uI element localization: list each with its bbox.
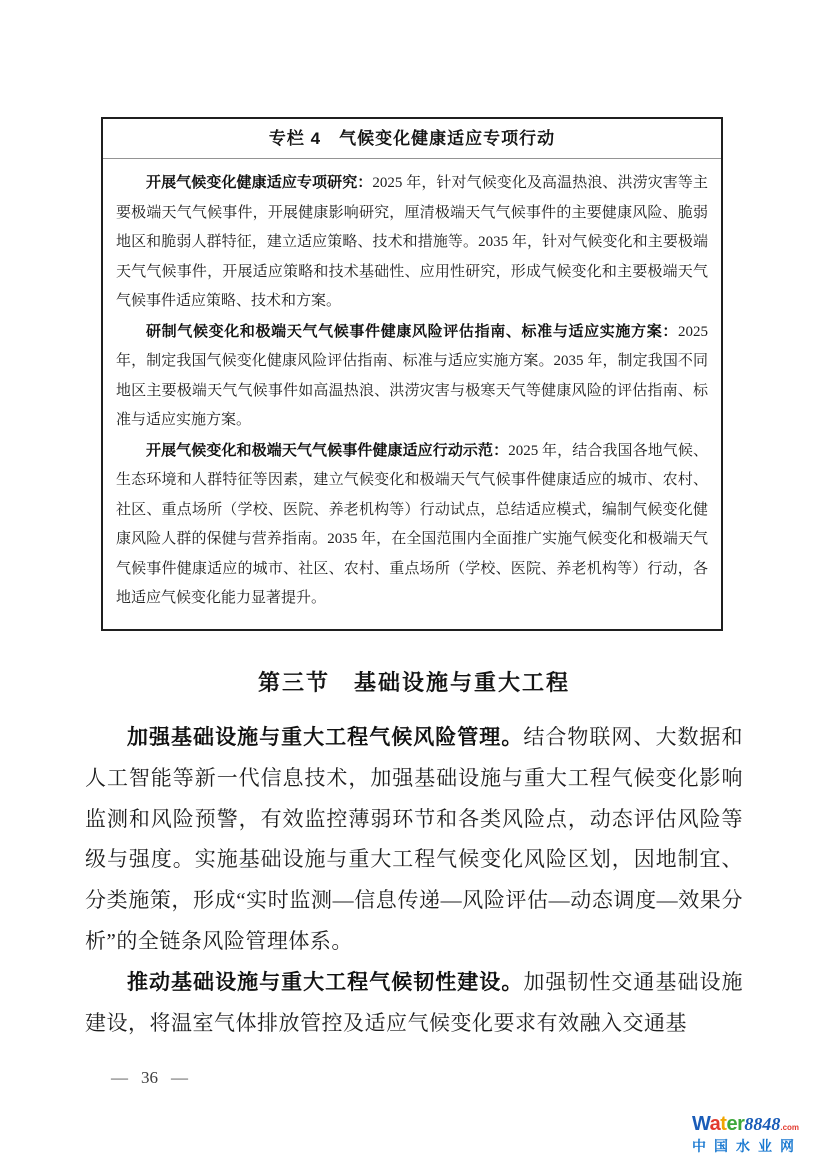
lead-emphasis: 开展气候变化健康适应专项研究：	[146, 174, 372, 191]
lead-emphasis: 研制气候变化和极端天气气候事件健康风险评估指南、标准与适应实施方案：	[146, 323, 678, 340]
logo-domain: .com	[780, 1123, 799, 1132]
main-section: 第三节 基础设施与重大工程 加强基础设施与重大工程气候风险管理。结合物联网、大数…	[85, 666, 743, 1043]
body-paragraph: 推动基础设施与重大工程气候韧性建设。加强韧性交通基础设施建设，将温室气体排放管控…	[85, 962, 743, 1044]
page-number-dash: —	[111, 1068, 128, 1088]
logo-letter: W	[692, 1113, 710, 1135]
paragraph-text: 2025 年，结合我国各地气候、生态环境和人群特征等因素，建立气候变化和极端天气…	[116, 443, 708, 607]
callout-box: 专栏 4 气候变化健康适应专项行动 开展气候变化健康适应专项研究：2025 年，…	[101, 117, 723, 631]
logo-subtitle: 中国水业网	[692, 1139, 818, 1153]
paragraph-text: 2025 年，针对气候变化及高温热浪、洪涝灾害等主要极端天气气候事件，开展健康影…	[116, 175, 708, 309]
logo-wordmark: Water8848.com	[692, 1114, 818, 1134]
lead-emphasis: 推动基础设施与重大工程气候韧性建设。	[127, 970, 523, 994]
page-footer: — 36 —	[111, 1068, 188, 1088]
page-number-dash: —	[171, 1068, 188, 1088]
callout-paragraph: 研制气候变化和极端天气气候事件健康风险评估指南、标准与适应实施方案：2025 年…	[116, 317, 708, 436]
lead-emphasis: 开展气候变化和极端天气气候事件健康适应行动示范：	[146, 442, 508, 459]
paragraph-text: 结合物联网、大数据和人工智能等新一代信息技术，加强基础设施与重大工程气候变化影响…	[85, 725, 743, 953]
callout-paragraph: 开展气候变化健康适应专项研究：2025 年，针对气候变化及高温热浪、洪涝灾害等主…	[116, 168, 708, 317]
lead-emphasis: 加强基础设施与重大工程气候风险管理。	[127, 725, 523, 749]
page-number: 36	[141, 1068, 158, 1088]
logo-letter: e	[726, 1113, 737, 1135]
watermark-logo: Water8848.com 中国水业网	[692, 1114, 818, 1153]
body-paragraph: 加强基础设施与重大工程气候风险管理。结合物联网、大数据和人工智能等新一代信息技术…	[85, 717, 743, 962]
callout-box-title: 专栏 4 气候变化健康适应专项行动	[103, 119, 721, 159]
logo-letter: a	[710, 1113, 721, 1135]
callout-box-body: 开展气候变化健康适应专项研究：2025 年，针对气候变化及高温热浪、洪涝灾害等主…	[103, 159, 721, 626]
logo-suffix: 8848	[744, 1114, 780, 1134]
section-heading: 第三节 基础设施与重大工程	[85, 666, 743, 697]
callout-paragraph: 开展气候变化和极端天气气候事件健康适应行动示范：2025 年，结合我国各地气候、…	[116, 436, 708, 614]
